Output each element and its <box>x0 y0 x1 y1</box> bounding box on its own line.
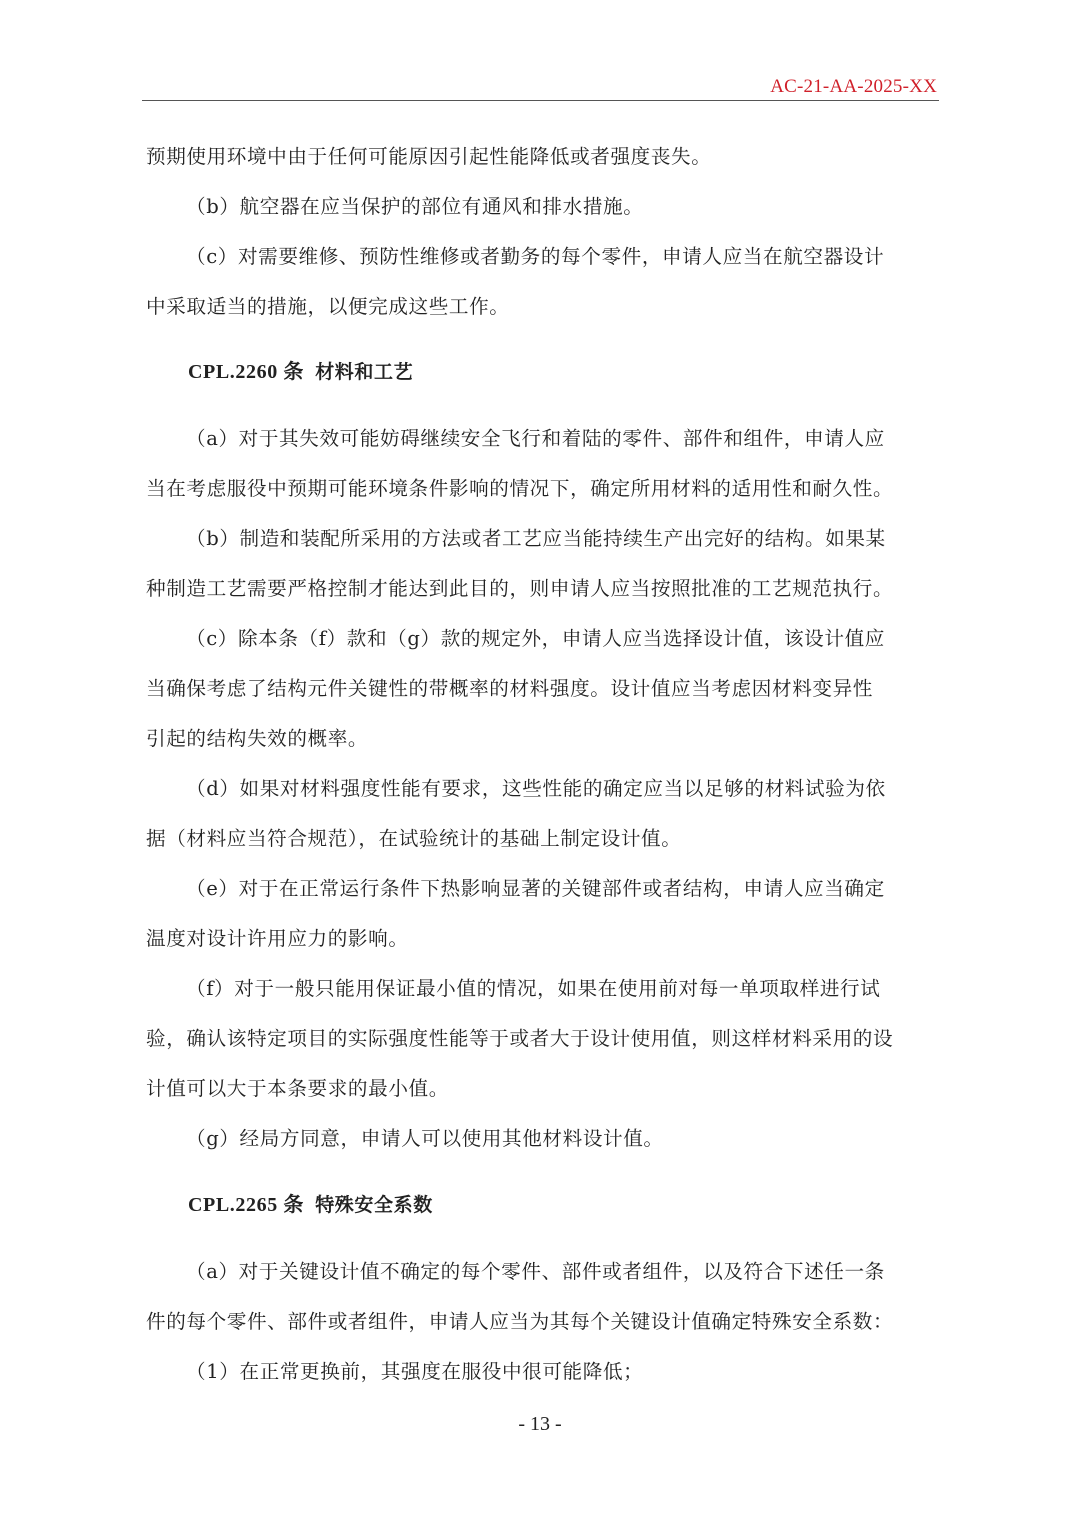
text-line: 温度对设计许用应力的影响。 <box>146 924 409 954</box>
section-title: 材料和工艺 <box>315 361 413 383</box>
section-heading-2260: CPL.2260 条 材料和工艺 <box>188 357 413 387</box>
header-divider <box>142 100 939 101</box>
clause-e: （e）对于在正常运行条件下热影响显著的关键部件或者结构，申请人应当确定 <box>186 874 885 904</box>
text-line: 件的每个零件、部件或者组件，申请人应当为其每个关键设计值确定特殊安全系数： <box>146 1307 893 1337</box>
clause-b: （b）制造和装配所采用的方法或者工艺应当能持续生产出完好的结构。如果某 <box>186 524 886 554</box>
text-line: 中采取适当的措施，以便完成这些工作。 <box>146 292 510 322</box>
clause-c: （c）对需要维修、预防性维修或者勤务的每个零件，申请人应当在航空器设计 <box>186 242 884 272</box>
section-number: CPL.2260 条 <box>188 361 304 383</box>
text-line: 种制造工艺需要严格控制才能达到此目的，则申请人应当按照批准的工艺规范执行。 <box>146 574 893 604</box>
text-line: 据（材料应当符合规范），在试验统计的基础上制定设计值。 <box>146 824 681 854</box>
text-line: 当在考虑服役中预期可能环境条件影响的情况下，确定所用材料的适用性和耐久性。 <box>146 474 893 504</box>
text-line: 计值可以大于本条要求的最小值。 <box>146 1074 449 1104</box>
text-line: 验，确认该特定项目的实际强度性能等于或者大于设计使用值，则这样材料采用的设 <box>146 1024 893 1054</box>
clause-g: （g）经局方同意，申请人可以使用其他材料设计值。 <box>186 1124 664 1154</box>
clause-1: （1）在正常更换前，其强度在服役中很可能降低； <box>186 1357 643 1387</box>
section-heading-2265: CPL.2265 条 特殊安全系数 <box>188 1190 433 1220</box>
clause-a: （a）对于其失效可能妨碍继续安全飞行和着陆的零件、部件和组件，申请人应 <box>186 424 885 454</box>
document-code: AC-21-AA-2025-XX <box>770 76 937 98</box>
page-number: - 13 - <box>0 1413 1080 1436</box>
clause-f: （f）对于一般只能用保证最小值的情况，如果在使用前对每一单项取样进行试 <box>186 974 880 1004</box>
clause-a: （a）对于关键设计值不确定的每个零件、部件或者组件，以及符合下述任一条 <box>186 1257 885 1287</box>
clause-d: （d）如果对材料强度性能有要求，这些性能的确定应当以足够的材料试验为依 <box>186 774 886 804</box>
section-title: 特殊安全系数 <box>315 1194 433 1216</box>
text-line: 预期使用环境中由于任何可能原因引起性能降低或者强度丧失。 <box>146 142 711 172</box>
clause-c: （c）除本条（f）款和（g）款的规定外，申请人应当选择设计值，该设计值应 <box>186 624 885 654</box>
clause-b: （b）航空器在应当保护的部位有通风和排水措施。 <box>186 192 643 222</box>
text-line: 引起的结构失效的概率。 <box>146 724 368 754</box>
section-number: CPL.2265 条 <box>188 1194 304 1216</box>
text-line: 当确保考虑了结构元件关键性的带概率的材料强度。设计值应当考虑因材料变异性 <box>146 674 873 704</box>
